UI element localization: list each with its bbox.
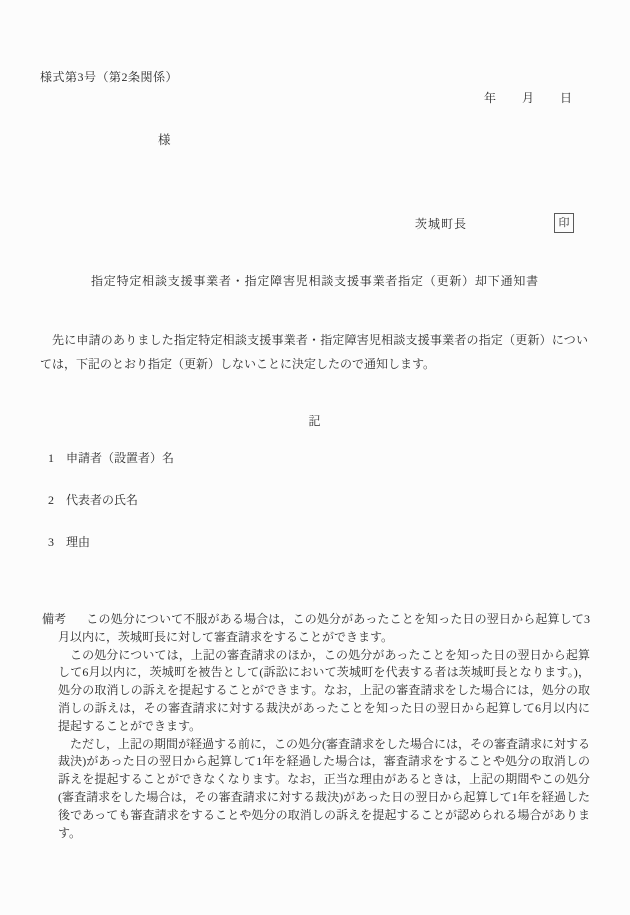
item-number: 3 — [48, 535, 54, 550]
remarks-text: この処分について不服がある場合は，この処分があったことを知った日の翌日から起算し… — [58, 612, 590, 644]
date-line: 年月日 — [484, 89, 572, 106]
item-label: 代表者の氏名 — [66, 493, 138, 507]
document-page: 様式第3号（第2条関係） 年月日 様 茨城町長 印 指定特定相談支援事業者・指定… — [0, 0, 630, 915]
remarks-block: 備考この処分について不服がある場合は，この処分があったことを知った日の翌日から起… — [58, 611, 590, 842]
recipient-honorific: 様 — [158, 130, 171, 148]
seal-label: 印 — [559, 218, 570, 229]
date-day-label: 日 — [560, 91, 572, 105]
list-item: 1申請者（設置者）名 — [48, 449, 174, 466]
item-label: 理由 — [66, 535, 90, 549]
list-item: 3理由 — [48, 533, 90, 550]
remarks-paragraph: ただし，上記の期間が経過する前に，この処分(審査請求をした場合には，その審査請求… — [58, 736, 590, 843]
issuer-line: 茨城町長 印 — [415, 213, 575, 235]
remarks-paragraph: 備考この処分について不服がある場合は，この処分があったことを知った日の翌日から起… — [58, 611, 590, 647]
form-number: 様式第3号（第2条関係） — [40, 68, 178, 85]
issuer-name: 茨城町長 — [415, 215, 467, 232]
ki-heading: 記 — [0, 412, 630, 429]
item-number: 2 — [48, 493, 54, 508]
document-title: 指定特定相談支援事業者・指定障害児相談支援事業者指定（更新）却下通知書 — [0, 272, 630, 289]
item-number: 1 — [48, 451, 54, 466]
remarks-label: 備考 — [42, 612, 66, 626]
remarks-paragraph: この処分については，上記の審査請求のほか，この処分があったことを知った日の翌日か… — [58, 647, 590, 736]
date-year-label: 年 — [484, 91, 496, 105]
item-label: 申請者（設置者）名 — [66, 451, 174, 465]
list-item: 2代表者の氏名 — [48, 491, 138, 508]
date-month-label: 月 — [522, 91, 534, 105]
seal-box: 印 — [554, 213, 574, 233]
notice-body: 先に申請のありました指定特定相談支援事業者・指定障害児相談支援事業者の指定（更新… — [40, 328, 588, 376]
